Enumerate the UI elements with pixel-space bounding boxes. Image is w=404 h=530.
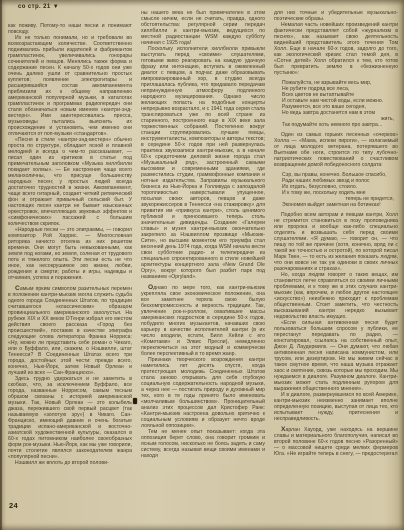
paragraph: для них точные и убедительные музыкально… (274, 10, 398, 22)
paragraph: Но, когда людям говорят о таких вещах, и… (274, 272, 398, 320)
paragraph: Здесь трудно удержаться и не заметить в … (8, 376, 132, 460)
paragraph: как поживу. Потому-то наши песни и поним… (8, 23, 132, 35)
magazine-page: со стр. 21 ▼ как поживу. Потому-то наши … (0, 0, 404, 530)
paragraph: Признаки творческого возрождения кантри … (141, 357, 265, 429)
poem-line: Так подумайте хоть немного про завтра... (282, 122, 398, 128)
ink-smudge (133, 398, 137, 404)
paragraph: И в диалоге, развернувшемся по всей Амер… (274, 392, 398, 422)
text-columns: как поживу. Потому-то наши песни и поним… (8, 10, 396, 466)
paragraph: «Если сильная антивоенная песня будет по… (274, 320, 398, 392)
paragraph: Немалая часть новейших произведений кант… (274, 22, 398, 76)
paragraph: «Песня в стиле «кантри-энд-вестерн» обыч… (8, 137, 132, 227)
paragraph: Тем не менее опыт показывает: когда эта … (141, 429, 265, 459)
poem-line: Экономия выйдет заметная на ботинках! (282, 202, 398, 208)
paragraph-section-start: Харлан Хауорд, уже находясь на вершине с… (274, 427, 398, 457)
paragraph-section-start: Самым ярким символом разительных перемен… (8, 286, 132, 376)
song-lyrics-poem-1: Пожалуйста, не взрывайте весь мир, Не ру… (282, 80, 398, 128)
song-lyrics-poem-2: Сэр, вы правы, конечно. Большое спасибо,… (282, 172, 398, 208)
paragraph: Нэшвилл же вплоть до второй полови- (8, 460, 132, 466)
text-column-3: для них точные и убедительные музыкально… (274, 10, 398, 466)
paragraph: «Народные песни — это эпиграммы, — говор… (8, 227, 132, 281)
paragraph-section-start: Однако по мере того, как кантри-мьюзик у… (141, 285, 265, 357)
paragraph: Поскольку исполнители хиллбилли привыкли… (141, 46, 265, 280)
paragraph: Один из самых горьких песенных «очерков»… (274, 132, 398, 168)
paragraph: ны нашего века не был примечателен в это… (141, 10, 265, 46)
page-number: 24 (9, 501, 18, 510)
paragraph: Их не только понимали, но и требовали во… (8, 35, 132, 137)
text-column-1: как поживу. Потому-то наши песни и поним… (8, 10, 132, 466)
text-column-2: ны нашего века не был примечателен в это… (141, 10, 265, 466)
paragraph: Подобно всем авторам и певцам кантри, Хо… (274, 212, 398, 272)
